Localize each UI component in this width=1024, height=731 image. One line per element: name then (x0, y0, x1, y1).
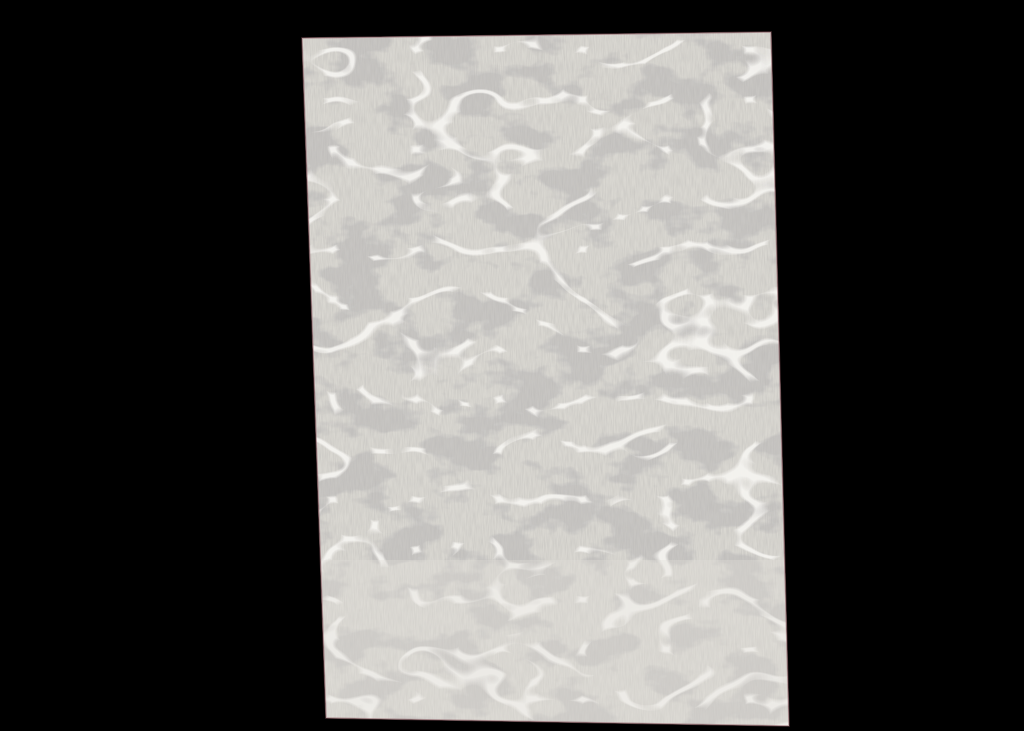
rug (0, 0, 1024, 731)
rug-pattern (0, 0, 1024, 731)
image-canvas (0, 0, 1024, 731)
